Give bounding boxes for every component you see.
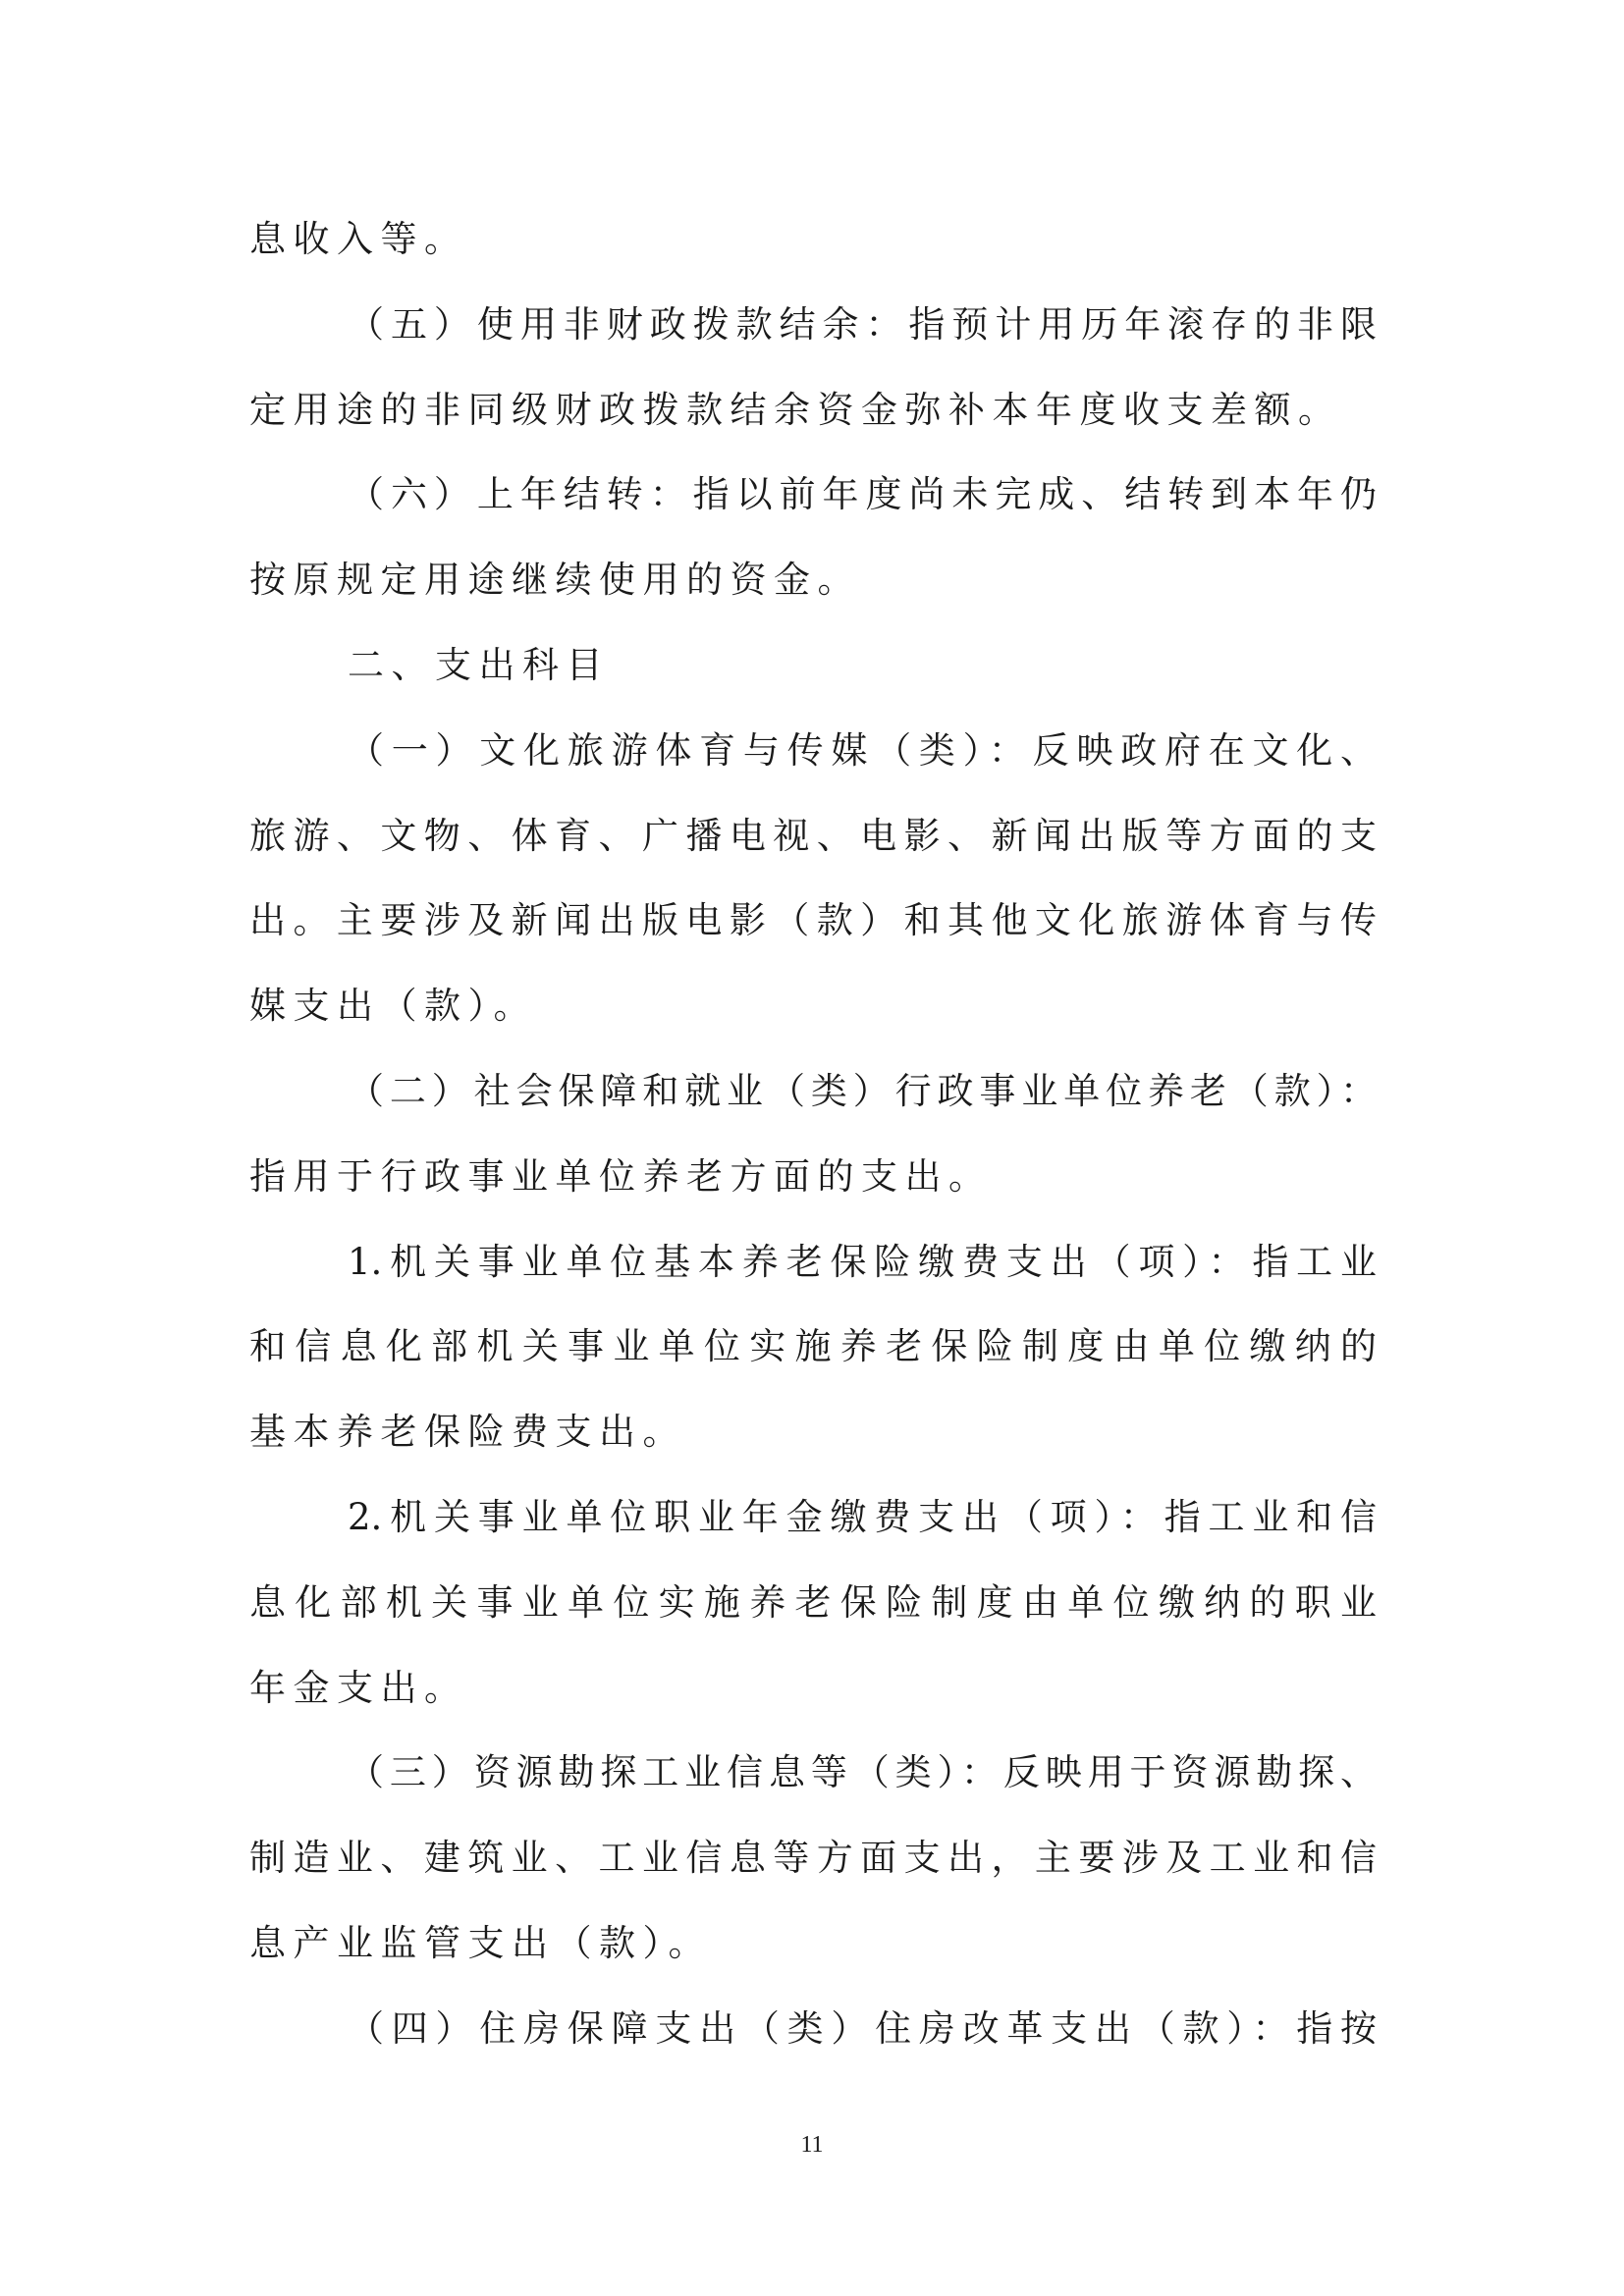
text-line: 指用于行政事业单位养老方面的支出。: [249, 1148, 1379, 1233]
text-line: （三）资源勘探工业信息等（类）：反映用于资源勘探、: [249, 1743, 1377, 1829]
page-number: 11: [0, 2132, 1624, 2159]
text-line: 息产业监管支出（款）。: [249, 1914, 1379, 2000]
text-line: （五）使用非财政拨款结余：指预计用历年滚存的非限: [249, 295, 1377, 381]
text-line: 息化部机关事业单位实施养老保险制度由单位缴纳的职业: [249, 1574, 1377, 1659]
text-line: 基本养老保险费支出。: [249, 1403, 1379, 1488]
text-line: （二）社会保障和就业（类）行政事业单位养老（款）：: [249, 1062, 1377, 1148]
text-line: 按原规定用途继续使用的资金。: [249, 551, 1379, 636]
text-line: （六）上年结转：指以前年度尚未完成、结转到本年仍: [249, 465, 1377, 551]
text-line: 定用途的非同级财政拨款结余资金弥补本年度收支差额。: [249, 381, 1379, 466]
text-line: 媒支出（款）。: [249, 977, 1379, 1062]
text-line: 2.机关事业单位职业年金缴费支出（项）：指工业和信: [249, 1488, 1377, 1574]
section-heading: 二、支出科目: [249, 636, 1379, 721]
body-text: 息收入等。 （五）使用非财政拨款结余：指预计用历年滚存的非限 定用途的非同级财政…: [249, 210, 1379, 2085]
text-line: 年金支出。: [249, 1659, 1379, 1744]
text-line: 息收入等。: [249, 210, 1379, 295]
text-line: （一）文化旅游体育与传媒（类）：反映政府在文化、: [249, 721, 1377, 807]
text-line: 旅游、文物、体育、广播电视、电影、新闻出版等方面的支: [249, 807, 1377, 892]
text-line: 1.机关事业单位基本养老保险缴费支出（项）：指工业: [249, 1233, 1377, 1318]
document-page: 息收入等。 （五）使用非财政拨款结余：指预计用历年滚存的非限 定用途的非同级财政…: [0, 0, 1624, 2296]
text-line: 和信息化部机关事业单位实施养老保险制度由单位缴纳的: [249, 1317, 1377, 1403]
text-line: 出。主要涉及新闻出版电影（款）和其他文化旅游体育与传: [249, 891, 1377, 977]
text-line: 制造业、建筑业、工业信息等方面支出，主要涉及工业和信: [249, 1829, 1377, 1914]
text-line: （四）住房保障支出（类）住房改革支出（款）：指按: [249, 2000, 1377, 2085]
